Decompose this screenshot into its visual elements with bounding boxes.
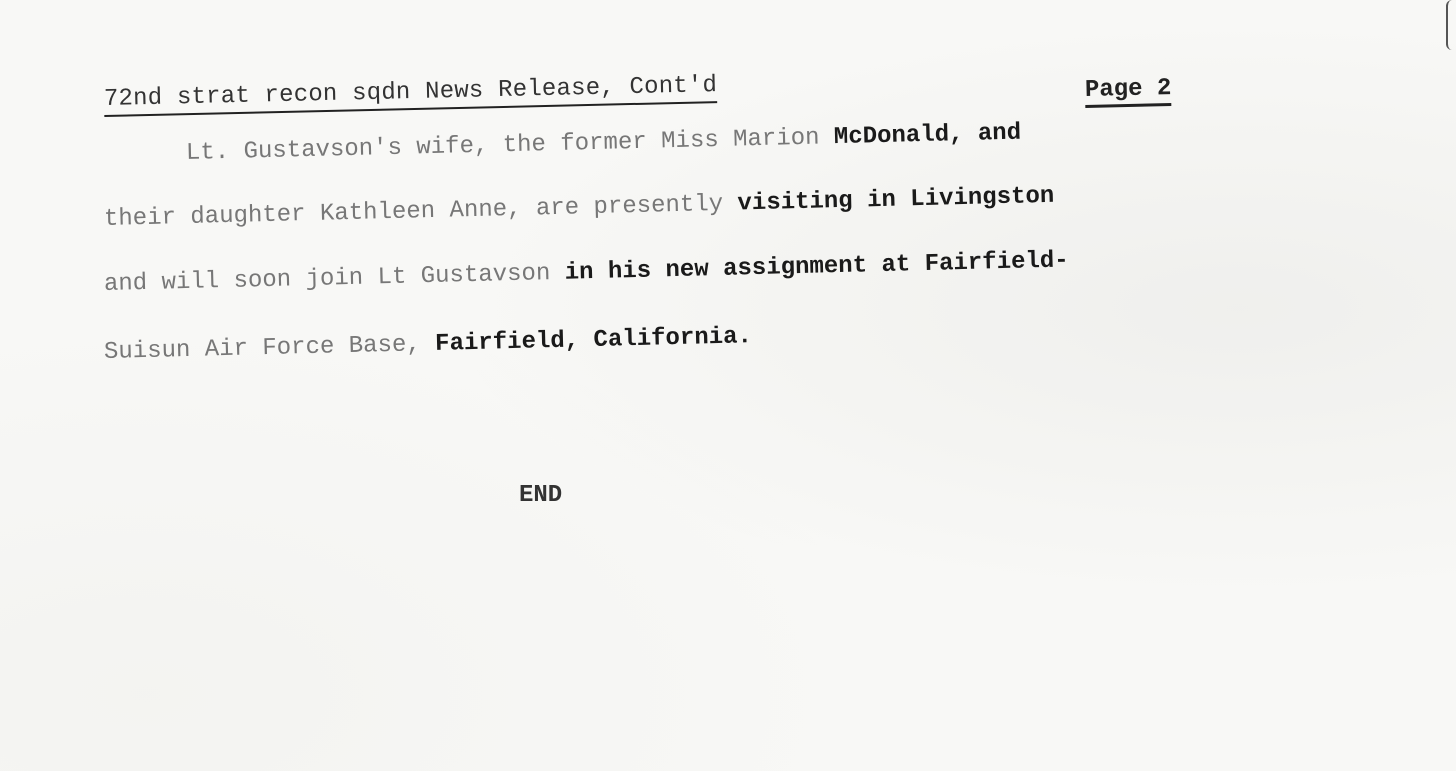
body-line-2-part-b: visiting in Livingston bbox=[737, 183, 1054, 218]
body-line-4-part-a: Suisun Air Force Base, bbox=[104, 331, 436, 366]
body-line-3-part-a: and will soon join Lt Gustavson bbox=[104, 260, 565, 298]
page-edge-mark bbox=[1446, 0, 1454, 50]
body-line-2: their daughter Kathleen Anne, are presen… bbox=[104, 183, 1055, 233]
end-mark: END bbox=[519, 482, 562, 509]
body-line-3-part-b: in his new assignment at Fairfield- bbox=[564, 247, 1069, 286]
release-title: 72nd strat recon sqdn News Release, Cont… bbox=[104, 72, 718, 117]
body-line-3: and will soon join Lt Gustavson in his n… bbox=[104, 247, 1069, 298]
body-line-1: Lt. Gustavson's wife, the former Miss Ma… bbox=[186, 120, 1022, 167]
page-number: Page 2 bbox=[1085, 75, 1172, 108]
body-line-1-part-b: McDonald, and bbox=[834, 120, 1022, 152]
body-line-4-part-b: Fairfield, California. bbox=[435, 323, 752, 358]
body-line-2-part-a: their daughter Kathleen Anne, are presen… bbox=[104, 191, 738, 233]
body-line-1-part-a: Lt. Gustavson's wife, the former Miss Ma… bbox=[186, 124, 835, 167]
body-line-4: Suisun Air Force Base, Fairfield, Califo… bbox=[104, 323, 753, 366]
paper-background bbox=[0, 0, 1456, 771]
